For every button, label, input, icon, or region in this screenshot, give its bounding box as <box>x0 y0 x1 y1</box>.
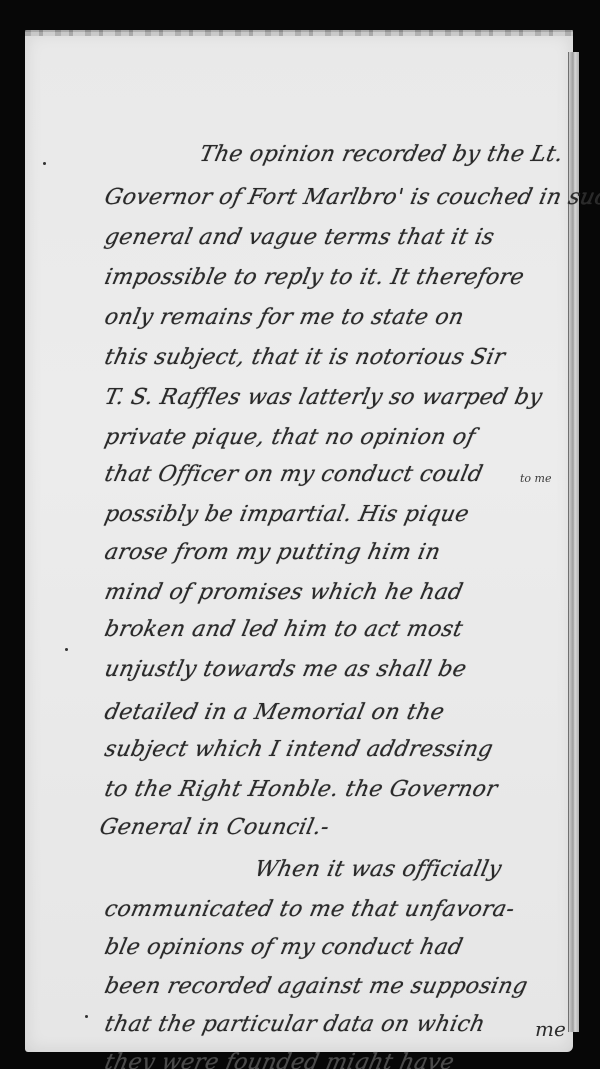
scanned-manuscript: The opinion recorded by the Lt. Governor… <box>0 0 600 1069</box>
manuscript-line-16: subject which I intend addressing <box>102 737 495 762</box>
manuscript-page: The opinion recorded by the Lt. Governor… <box>25 30 573 1052</box>
manuscript-line-21: ble opinions of my conduct had <box>102 935 465 960</box>
manuscript-line-15: detailed in a Memorial on the <box>102 700 446 725</box>
manuscript-line-5: only remains for me to state on <box>102 305 466 330</box>
manuscript-line-1: The opinion recorded by the Lt. <box>197 142 565 167</box>
manuscript-line-3: general and vague terms that it is <box>102 225 496 250</box>
page-top-edge <box>25 30 573 36</box>
manuscript-line-11: arose from my putting him in <box>102 540 442 565</box>
manuscript-line-9: that Officer on my conduct could <box>102 462 485 487</box>
catchword: me <box>535 1017 566 1041</box>
manuscript-line-19: When it was officially <box>252 857 504 882</box>
paper-speck <box>43 162 46 165</box>
manuscript-line-22: been recorded against me supposing <box>102 974 530 999</box>
manuscript-line-2: Governor of Fort Marlbro' is couched in … <box>102 185 600 210</box>
manuscript-line-12: mind of promises which he had <box>102 580 465 605</box>
manuscript-line-20: communicated to me that unfavora- <box>102 897 517 922</box>
interlinear-insertion: to me <box>520 472 551 485</box>
manuscript-line-10: possibly be impartial. His pique <box>102 502 471 527</box>
paper-speck <box>85 1015 88 1018</box>
manuscript-line-4: impossible to reply to it. It therefore <box>102 265 526 290</box>
manuscript-line-6: this subject, that it is notorious Sir <box>102 345 507 370</box>
manuscript-line-13: broken and led him to act most <box>102 617 465 642</box>
manuscript-line-24: they were founded might have <box>102 1050 456 1069</box>
manuscript-line-14: unjustly towards me as shall be <box>102 657 468 682</box>
manuscript-line-8: private pique, that no opinion of <box>102 425 477 450</box>
paper-speck <box>65 648 68 651</box>
manuscript-line-18: General in Council.- <box>97 815 331 840</box>
manuscript-line-17: to the Right Honble. the Governor <box>102 777 499 802</box>
manuscript-line-7: T. S. Raffles was latterly so warped by <box>102 385 544 410</box>
manuscript-line-23: that the particular data on which <box>102 1012 487 1037</box>
